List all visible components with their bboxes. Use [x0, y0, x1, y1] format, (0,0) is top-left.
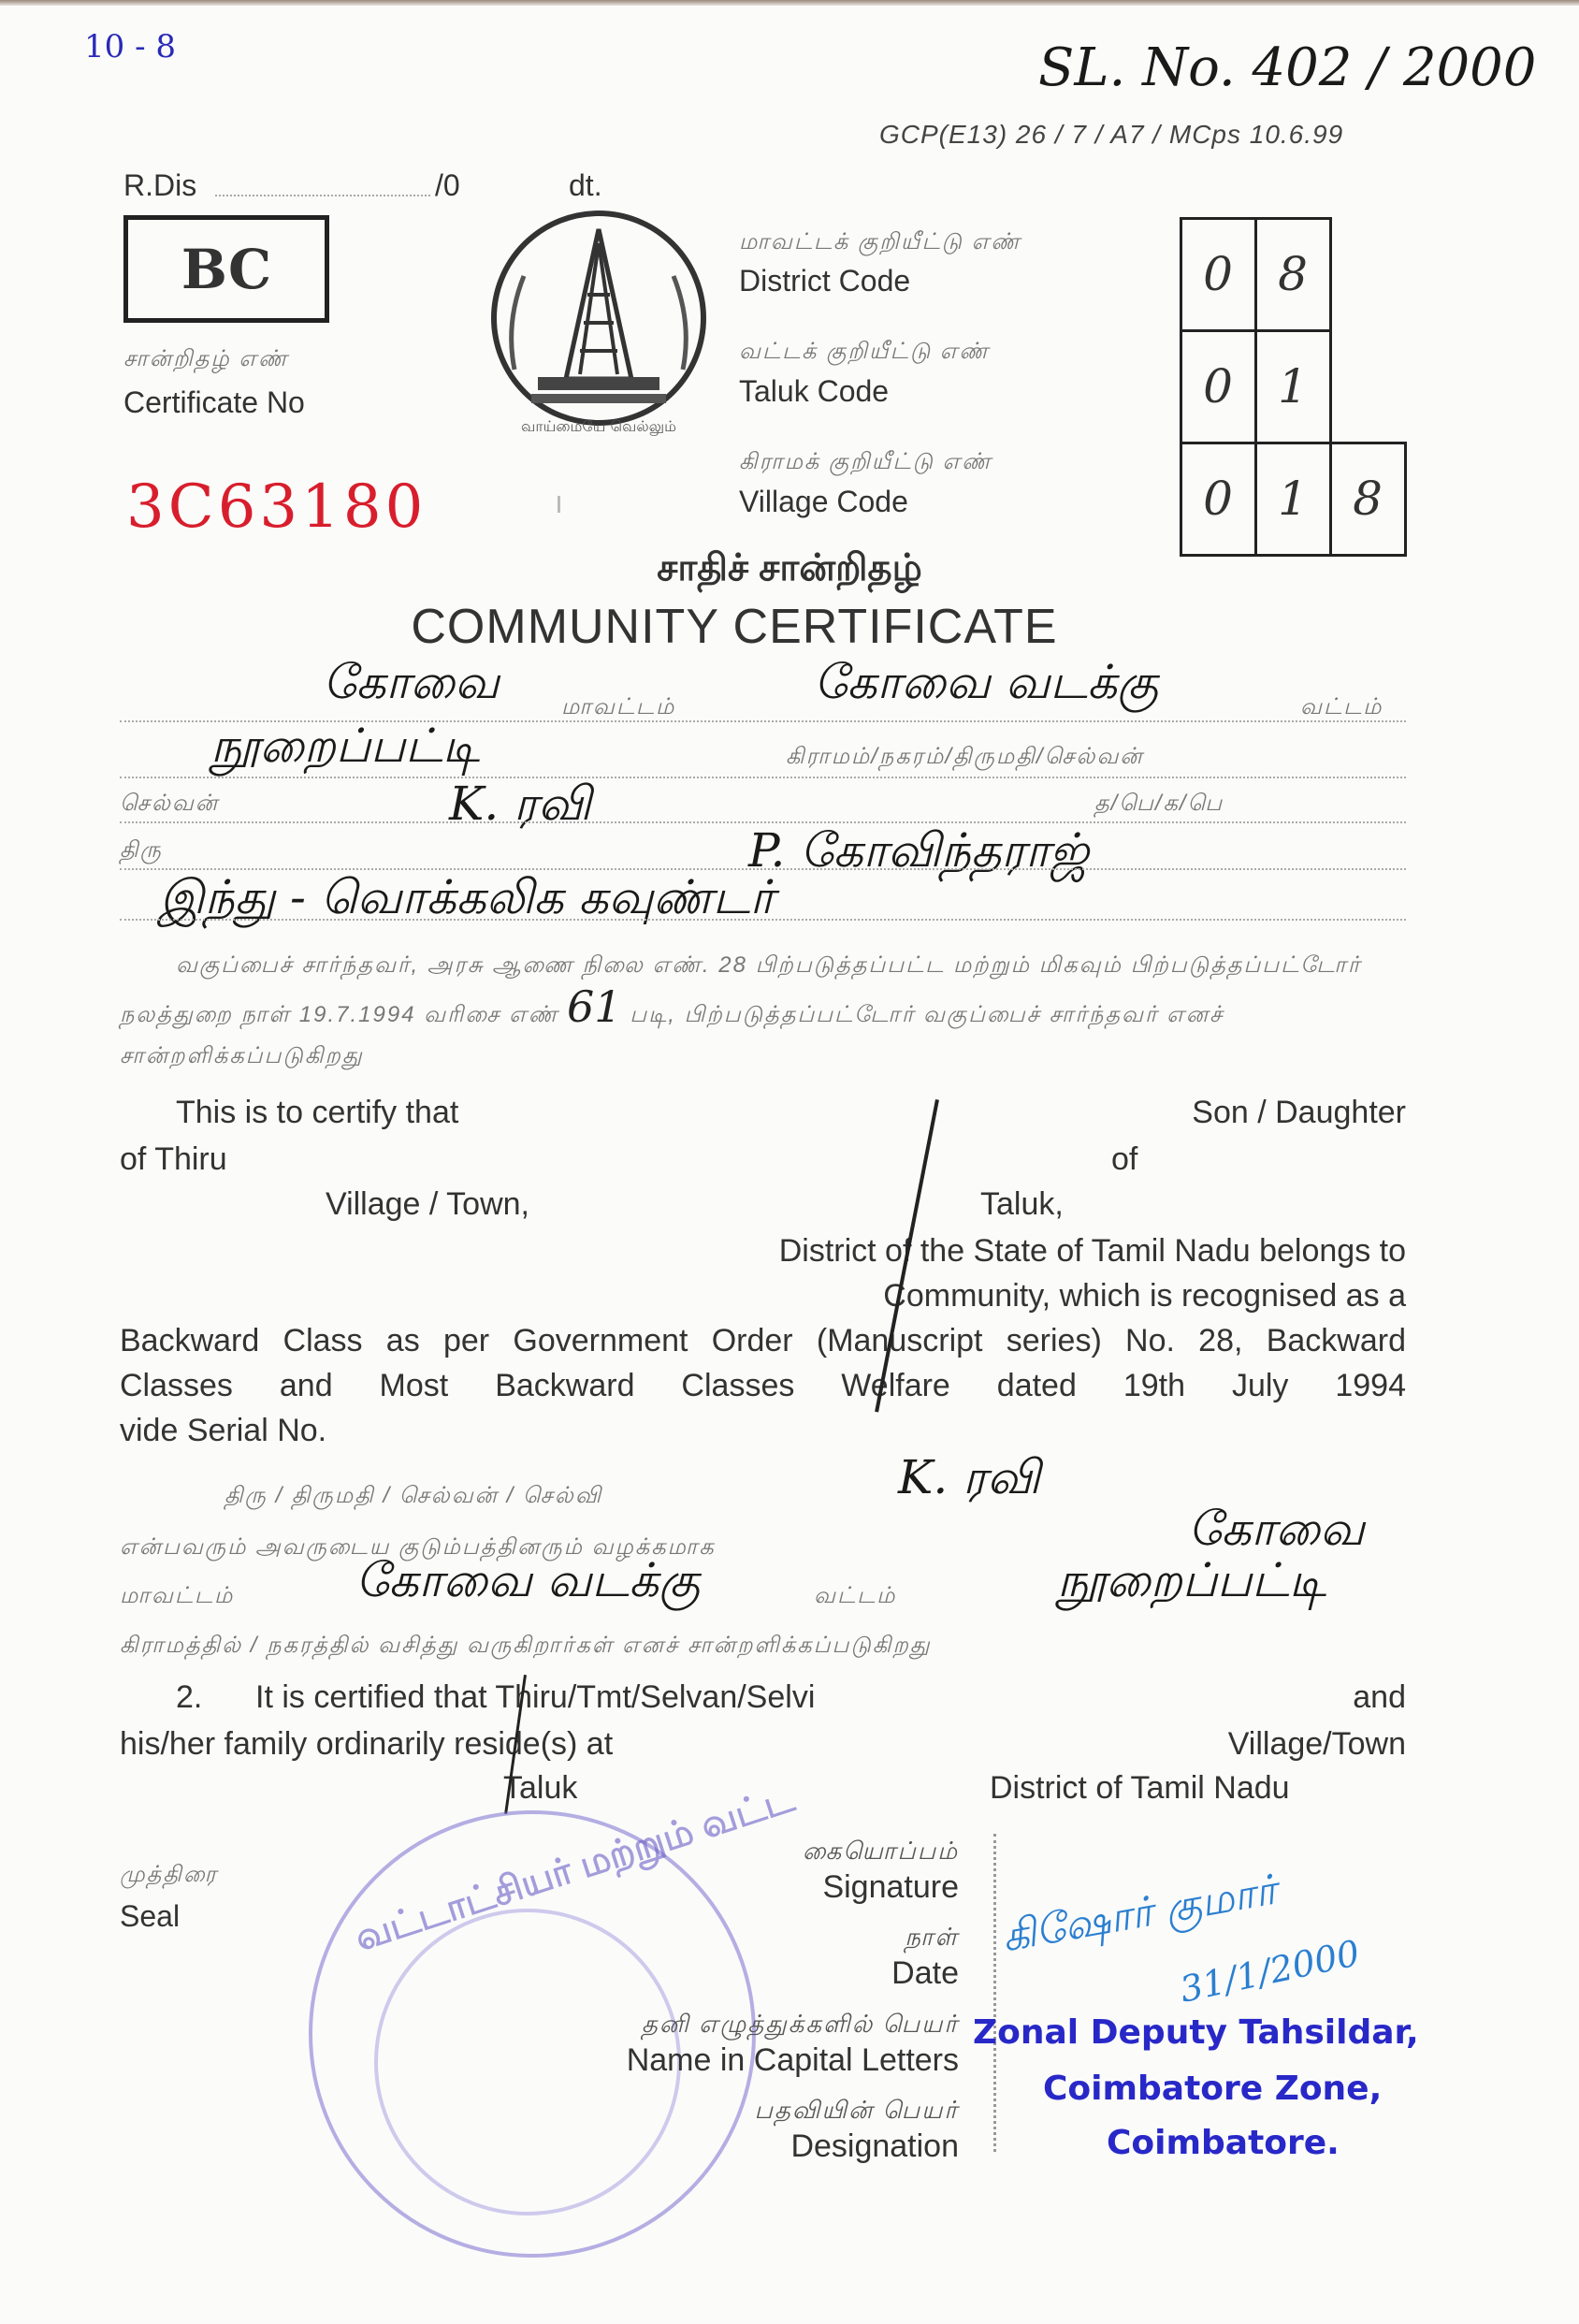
- tamil-relation-label: த/பெ/க/பெ: [1094, 791, 1224, 819]
- certify-text: This is to certify that: [120, 1095, 458, 1130]
- tamil-nadu-emblem-icon: வாய்மையே வெல்லும்: [486, 211, 711, 440]
- res-tamil-line3b: வட்டம்: [814, 1583, 896, 1611]
- name-tamil: தனி எழுத்துக்களில் பெயர்: [435, 2010, 959, 2041]
- village-digit-1: 0: [1180, 442, 1257, 557]
- res-eng-line-2: his/her family ordinarily reside(s) at V…: [120, 1726, 1406, 1763]
- certificate-no-tamil: சான்றிதழ் எண்: [123, 346, 289, 374]
- res-eng-l2b: Village/Town: [1228, 1726, 1406, 1763]
- rule: [120, 919, 1406, 921]
- son-daughter-text: Son / Daughter: [1192, 1095, 1406, 1131]
- stamp-line-3: Coimbatore.: [1107, 2124, 1340, 2162]
- village-digit-3: 8: [1329, 442, 1407, 557]
- res-tamil-line1: திரு / திருமதி / செல்வன் / செல்வி: [225, 1483, 602, 1511]
- taluk-digit-1: 0: [1180, 329, 1257, 444]
- of-text: of: [1111, 1141, 1137, 1178]
- res-tamil-person-value: K. ரவி: [898, 1450, 1040, 1511]
- tamil-taluk-label: வட்டம்: [1300, 694, 1383, 722]
- district-digit-2: 8: [1254, 217, 1332, 332]
- english-line-5: Community, which is recognised as a: [120, 1278, 1406, 1315]
- res-eng-l3b: District of Tamil Nadu: [990, 1770, 1290, 1807]
- res-eng-l2a: his/her family ordinarily reside(s) at: [120, 1726, 613, 1762]
- rdis-label: R.Dis: [123, 168, 196, 203]
- district-code-tamil: மாவட்டக் குறியீட்டு எண்: [739, 229, 1021, 257]
- category-box: BC: [123, 215, 329, 323]
- village-town-text: Village / Town,: [326, 1186, 529, 1223]
- of-thiru-text: of Thiru: [120, 1141, 227, 1177]
- res-tamil-line3a: மாவட்டம்: [120, 1583, 234, 1611]
- english-line-7: Classes and Most Backward Classes Welfar…: [120, 1368, 1406, 1404]
- res-eng-l1a: It is certified that Thiru/Tmt/Selvan/Se…: [255, 1679, 815, 1716]
- date-label: Date: [435, 1955, 959, 1992]
- designation-tamil: பதவியின் பெயர்: [435, 2096, 959, 2128]
- tamil-person-value: K. ரவி: [449, 777, 591, 837]
- rdis-sep2: dt.: [569, 168, 602, 203]
- certificate-number: 3C63180: [126, 472, 427, 542]
- res-eng-num: 2.: [176, 1679, 202, 1716]
- printer-line: GCP(E13) 26 / 7 / A7 / MCps 10.6.99: [879, 120, 1343, 150]
- empty-cell: [1329, 329, 1407, 444]
- rdis-sep1: /0: [435, 168, 460, 203]
- seal-tamil: முத்திரை: [120, 1862, 218, 1890]
- date-value: 31/1/2000: [1177, 1932, 1364, 2011]
- district-digit-1: 0: [1180, 217, 1257, 332]
- res-eng-l3a: Taluk: [503, 1770, 577, 1807]
- res-tamil-prefix-text: திரு / திருமதி / செல்வன் / செல்வி: [225, 1483, 602, 1508]
- top-left-note: 10 - 8: [84, 28, 176, 65]
- signature-value: கிஷோர் குமார்: [998, 1866, 1281, 1968]
- taluk-digit-2: 1: [1254, 329, 1332, 444]
- empty-cell: [1329, 217, 1407, 332]
- tick-mark: [558, 496, 560, 513]
- stamp-line-1: Zonal Deputy Tahsildar,: [973, 2013, 1419, 2052]
- english-line-4: District of the State of Tamil Nadu belo…: [120, 1233, 1406, 1270]
- english-line-8: vide Serial No.: [120, 1413, 1406, 1449]
- res-tamil-village-value: நூறைப்பட்டி: [1057, 1553, 1326, 1614]
- serial-note: SL. No. 402 / 2000: [1038, 37, 1536, 98]
- rule: [120, 777, 1406, 778]
- code-grid: 0 8 0 1 0 1 8: [1181, 218, 1405, 555]
- scan-edge: [0, 0, 1579, 6]
- document-title: COMMUNITY CERTIFICATE: [0, 599, 1469, 655]
- tamil-district-value: கோவை: [323, 655, 500, 716]
- certificate-no-label: Certificate No: [123, 385, 305, 420]
- village-code-tamil: கிராமக் குறியீட்டு எண்: [739, 449, 992, 477]
- tamil-father-value: P. கோவிந்தராஜ்: [748, 823, 1089, 884]
- english-line-1: This is to certify that Son / Daughter: [120, 1095, 1406, 1131]
- tamil-person-prefix: செல்வன்: [120, 791, 219, 819]
- tamil-village-label: கிராமம்/நகரம்/திருமதி/செல்வன்: [786, 744, 1144, 772]
- svg-text:வாய்மையே வெல்லும்: வாய்மையே வெல்லும்: [521, 417, 676, 436]
- taluk-text: Taluk,: [980, 1186, 1064, 1223]
- taluk-code-tamil: வட்டக் குறியீட்டு எண்: [739, 339, 990, 367]
- rdis-dots: [215, 195, 430, 196]
- colon-rule: [993, 1834, 996, 2152]
- english-line-6: Backward Class as per Government Order (…: [120, 1323, 1406, 1359]
- tamil-serial-value: 61: [567, 981, 622, 1032]
- name-label: Name in Capital Letters: [435, 2042, 959, 2079]
- tamil-father-prefix: திரு: [120, 837, 163, 865]
- date-tamil: நாள்: [435, 1923, 959, 1954]
- signature-label: Signature: [435, 1869, 959, 1906]
- signature-tamil: கையொப்பம்: [435, 1837, 959, 1868]
- district-code-label: District Code: [739, 264, 910, 298]
- res-tamil-taluk-value: கோவை வடக்கு: [355, 1553, 700, 1614]
- tamil-community-value: இந்து - வொக்கலிக கவுண்டர்: [159, 870, 775, 931]
- tamil-village-value: நூறைப்பட்டி: [210, 719, 480, 779]
- tamil-paragraph: வகுப்பைச் சார்ந்தவர், அரசு ஆணை நிலை எண்.…: [120, 945, 1406, 1077]
- village-digit-2: 1: [1254, 442, 1332, 557]
- tamil-district-label: மாவட்டம்: [561, 694, 675, 722]
- res-eng-l1b: and: [1353, 1679, 1406, 1716]
- seal-label: Seal: [120, 1899, 180, 1934]
- title-tamil: சாதிச் சான்றிதழ்: [0, 547, 1579, 594]
- tamil-taluk-value: கோவை வடக்கு: [814, 655, 1158, 716]
- village-code-label: Village Code: [739, 485, 908, 519]
- stamp-line-2: Coimbatore Zone,: [1043, 2070, 1382, 2108]
- taluk-code-label: Taluk Code: [739, 374, 889, 409]
- designation-label: Designation: [435, 2128, 959, 2165]
- res-tamil-line4: கிராமத்தில் / நகரத்தில் வசித்து வருகிறார…: [120, 1633, 932, 1661]
- english-line-2: of Thiru of: [120, 1141, 1406, 1178]
